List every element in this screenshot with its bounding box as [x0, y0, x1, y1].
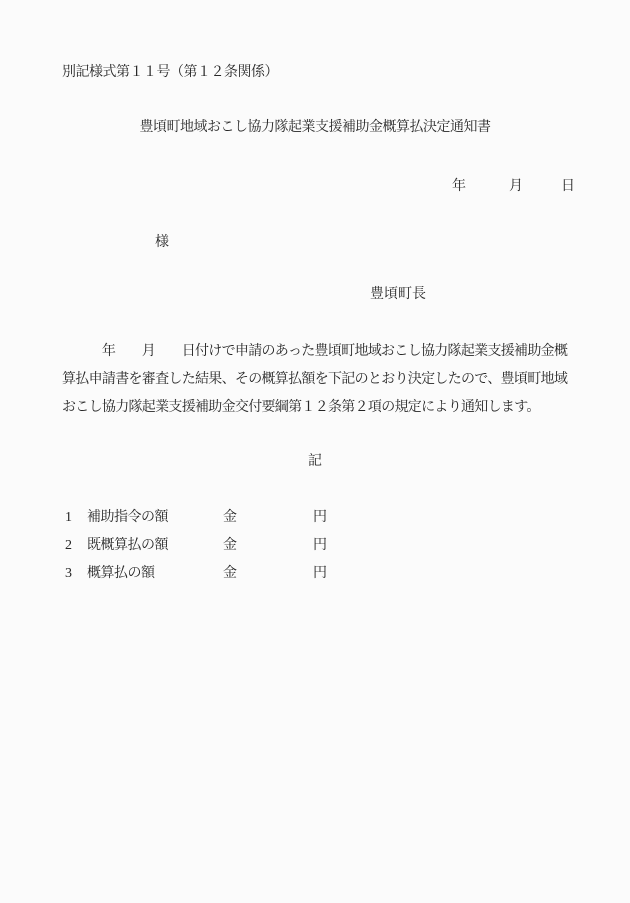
- issue-date-day-label: 日: [561, 180, 575, 194]
- item-currency-suffix: 円: [313, 511, 327, 525]
- sender-title: 豊頃町長: [370, 288, 426, 302]
- issue-date-month-label: 月: [509, 180, 523, 194]
- issue-date-line: 年 月 日: [0, 180, 630, 196]
- item-currency-prefix: 金: [223, 539, 237, 553]
- body-line: 算払申請書を審査した結果、その概算払額を下記のとおり決定したので、豊頃町地域: [62, 373, 582, 387]
- item-label: 概算払の額: [87, 567, 155, 581]
- addressee-honorific: 様: [155, 236, 169, 250]
- item-label: 既概算払の額: [87, 539, 168, 553]
- item-label: 補助指令の額: [87, 511, 168, 525]
- item-row: 2 既概算払の額 金 円: [0, 539, 630, 555]
- form-number: 別記様式第１１号（第１２条関係）: [62, 66, 278, 80]
- item-currency-prefix: 金: [223, 567, 237, 581]
- item-number: 2: [65, 539, 72, 553]
- document-title: 豊頃町地域おこし協力隊起業支援補助金概算払決定通知書: [0, 121, 630, 135]
- document-page: 別記様式第１１号（第１２条関係） 豊頃町地域おこし協力隊起業支援補助金概算払決定…: [0, 0, 630, 903]
- item-currency-suffix: 円: [313, 567, 327, 581]
- item-currency-prefix: 金: [223, 511, 237, 525]
- item-number: 3: [65, 567, 72, 581]
- ki-heading: 記: [0, 455, 630, 469]
- issue-date-year-label: 年: [452, 180, 466, 194]
- body-line: おこし協力隊起業支援補助金交付要綱第１２条第２項の規定により通知します。: [62, 401, 582, 415]
- item-currency-suffix: 円: [313, 539, 327, 553]
- body-line: 年 月 日付けで申請のあった豊頃町地域おこし協力隊起業支援補助金概: [62, 345, 582, 359]
- item-row: 1 補助指令の額 金 円: [0, 511, 630, 527]
- item-number: 1: [65, 511, 72, 525]
- item-row: 3 概算払の額 金 円: [0, 567, 630, 583]
